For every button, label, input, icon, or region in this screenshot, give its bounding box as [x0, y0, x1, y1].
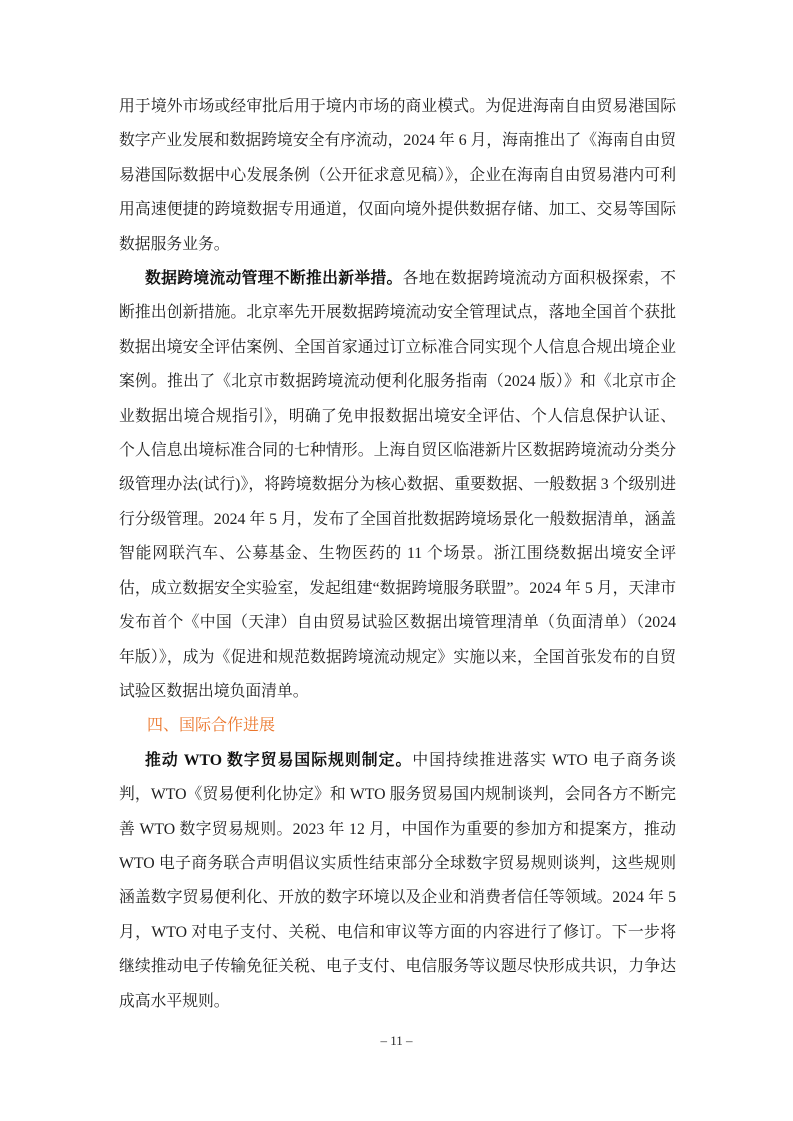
document-page: 用于境外市场或经审批后用于境内市场的商业模式。为促进海南自由贸易港国际数字产业发…: [0, 0, 793, 1121]
paragraph-data-flow-measures: 数据跨境流动管理不断推出新举措。各地在数据跨境流动方面积极探索，不断推出创新措施…: [119, 262, 676, 709]
paragraph-body-text: 中国持续推进落实 WTO 电子商务谈判，WTO《贸易便利化协定》和 WTO 服务…: [119, 752, 676, 1010]
paragraph-lead-bold: 数据跨境流动管理不断推出新举措。: [145, 270, 403, 287]
page-content: 用于境外市场或经审批后用于境内市场的商业模式。为促进海南自由贸易港国际数字产业发…: [119, 90, 676, 1019]
section-heading-international-cooperation: 四、国际合作进展: [119, 709, 676, 743]
page-number: – 11 –: [380, 1033, 412, 1048]
paragraph-hainan-continuation: 用于境外市场或经审批后用于境内市场的商业模式。为促进海南自由贸易港国际数字产业发…: [119, 90, 676, 262]
paragraph-wto-rules: 推动 WTO 数字贸易国际规则制定。中国持续推进落实 WTO 电子商务谈判，WT…: [119, 744, 676, 1019]
paragraph-body-text: 各地在数据跨境流动方面积极探索，不断推出创新措施。北京率先开展数据跨境流动安全管…: [119, 270, 676, 700]
page-footer: – 11 –: [0, 1031, 793, 1051]
paragraph-lead-bold: 推动 WTO 数字贸易国际规则制定。: [145, 752, 412, 769]
